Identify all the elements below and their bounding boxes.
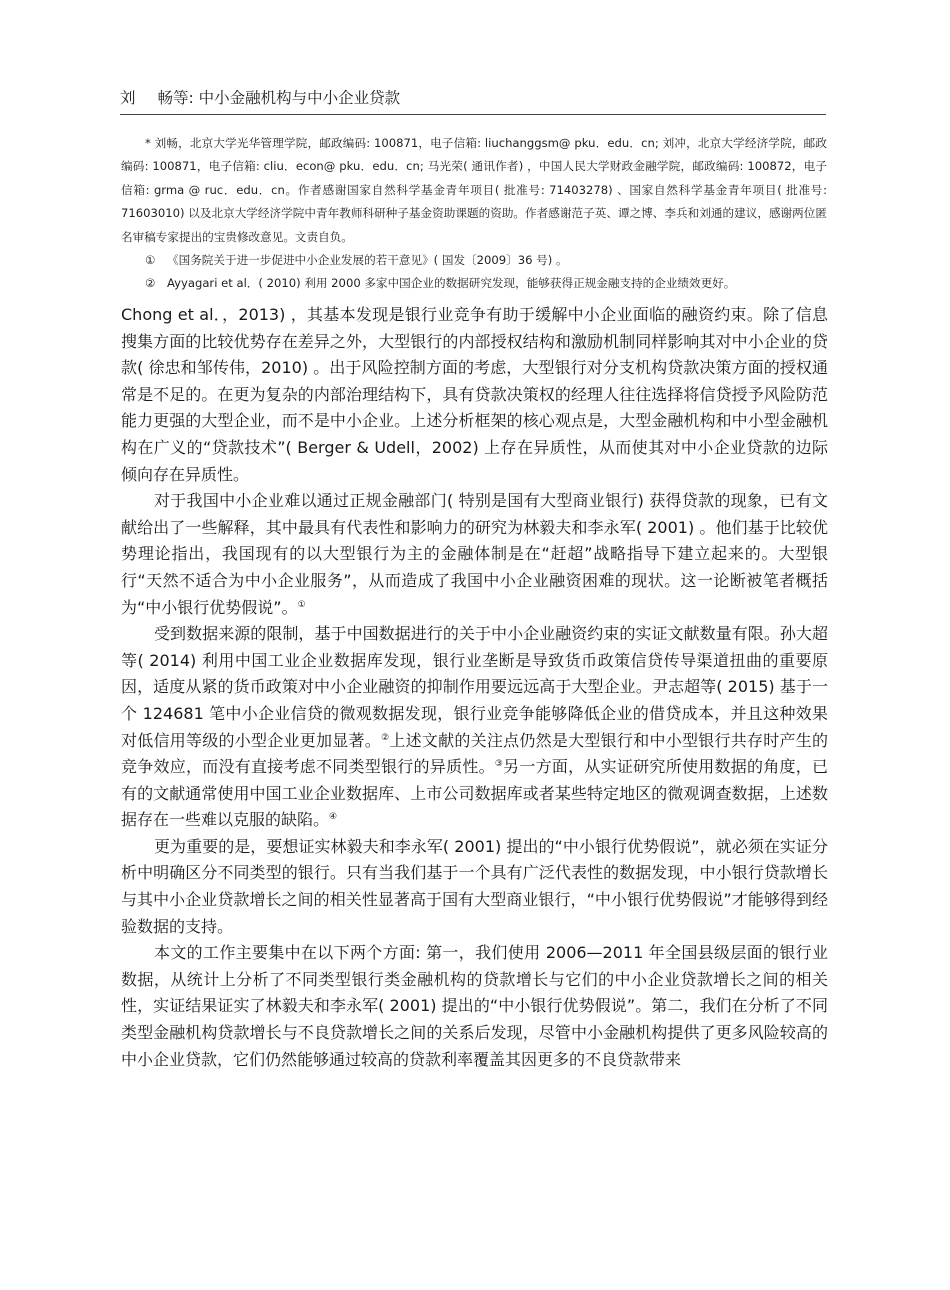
paragraph-2: 对于我国中小企业难以通过正规金融部门( 特别是国有大型商业银行) 获得贷款的现象… xyxy=(121,488,828,621)
paragraph-4-text: 更为重要的是，要想证实林毅夫和李永军( 2001) 提出的“中小银行优势假说”，… xyxy=(121,837,828,936)
footnote-ref-3[interactable]: ③ xyxy=(495,759,503,769)
paragraph-1: Chong et al．，2013) ，其基本发现是银行业竞争有助于缓解中小企业… xyxy=(121,302,828,488)
footnote-ref-4[interactable]: ④ xyxy=(329,812,337,822)
paragraph-5-text: 本文的工作主要集中在以下两个方面: 第一，我们使用 2006—2011 年全国县… xyxy=(121,943,828,1068)
header-title: 畅等: 中小金融机构与中小企业贷款 xyxy=(158,89,401,107)
footnote-1-mark: ① xyxy=(145,249,167,272)
header-author-surname: 刘 xyxy=(120,89,136,107)
footnote-2-text: Ayyagari et al．( 2010) 利用 2000 多家中国企业的数据… xyxy=(167,276,735,290)
paragraph-3: 受到数据来源的限制，基于中国数据进行的关于中小企业融资约束的实证文献数量有限。孙… xyxy=(121,621,828,834)
body-text: Chong et al．，2013) ，其基本发现是银行业竞争有助于缓解中小企业… xyxy=(121,302,828,1073)
author-footnote: * 刘畅，北京大学光华管理学院，邮政编码: 100871，电子信箱: liuch… xyxy=(121,132,827,249)
paragraph-1-text: Chong et al．，2013) ，其基本发现是银行业竞争有助于缓解中小企业… xyxy=(121,305,828,484)
running-header: 刘畅等: 中小金融机构与中小企业贷款 xyxy=(120,86,400,108)
footnote-ref-1[interactable]: ① xyxy=(298,600,306,610)
footnote-2-mark: ② xyxy=(145,272,167,295)
footnote-1: ①《国务院关于进一步促进中小企业发展的若干意见》( 国发〔2009〕36 号) … xyxy=(121,249,827,272)
footnote-1-text: 《国务院关于进一步促进中小企业发展的若干意见》( 国发〔2009〕36 号) 。 xyxy=(167,253,568,267)
paragraph-5: 本文的工作主要集中在以下两个方面: 第一，我们使用 2006—2011 年全国县… xyxy=(121,940,828,1073)
paragraph-4: 更为重要的是，要想证实林毅夫和李永军( 2001) 提出的“中小银行优势假说”，… xyxy=(121,834,828,940)
footnotes: * 刘畅，北京大学光华管理学院，邮政编码: 100871，电子信箱: liuch… xyxy=(121,132,827,296)
paragraph-2-text: 对于我国中小企业难以通过正规金融部门( 特别是国有大型商业银行) 获得贷款的现象… xyxy=(121,491,828,616)
header-rule xyxy=(120,114,826,115)
footnote-2: ②Ayyagari et al．( 2010) 利用 2000 多家中国企业的数… xyxy=(121,272,827,295)
